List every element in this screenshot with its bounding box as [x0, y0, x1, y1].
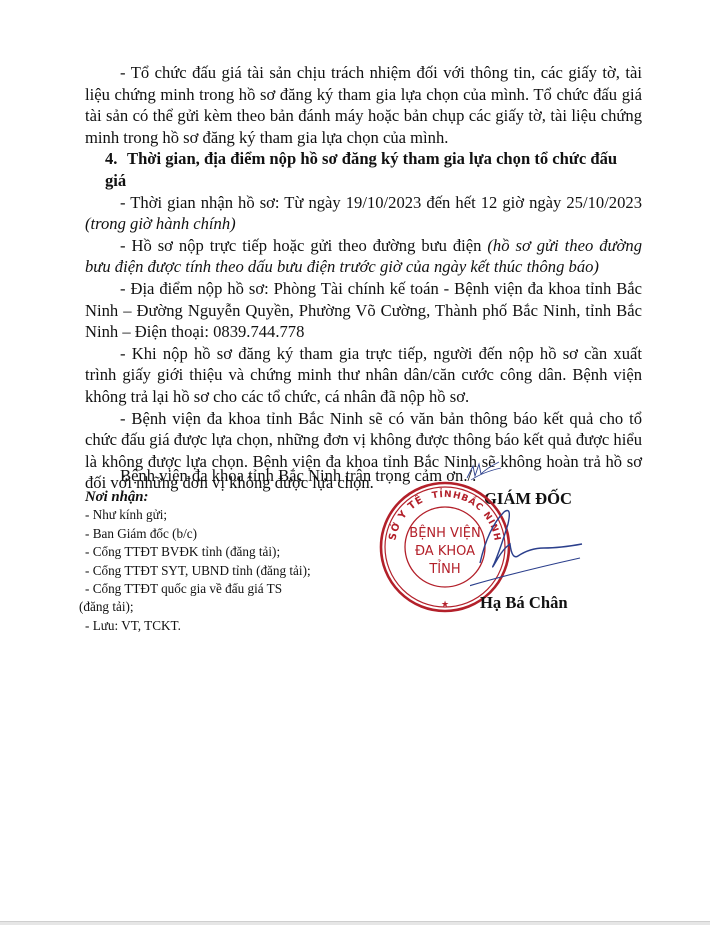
receive-time-text: - Thời gian nhận hồ sơ: Từ ngày 19/10/20…: [120, 193, 642, 212]
paragraph-in-person: - Khi nộp hồ sơ đăng ký tham gia trực ti…: [85, 343, 642, 408]
recipient-item: - Ban Giám đốc (b/c): [85, 525, 311, 543]
recipient-item: - Cổng TTĐT BVĐK tỉnh (đăng tải);: [85, 543, 311, 561]
section-number: 4.: [105, 148, 127, 170]
recipients-block: Nơi nhận: - Như kính gửi; - Ban Giám đốc…: [79, 488, 311, 635]
recipient-item: - Cổng TTĐT quốc gia về đấu giá TS: [85, 580, 311, 598]
recipients-title: Nơi nhận:: [85, 488, 311, 506]
paragraph-responsibility: - Tổ chức đấu giá tài sản chịu trách nhi…: [85, 62, 642, 148]
paragraph-submission-method: - Hồ sơ nộp trực tiếp hoặc gửi theo đườn…: [85, 235, 642, 278]
paragraph-receive-time: - Thời gian nhận hồ sơ: Từ ngày 19/10/20…: [85, 192, 642, 235]
svg-text:TỈNH: TỈNH: [431, 488, 462, 502]
document-page: - Tổ chức đấu giá tài sản chịu trách nhi…: [0, 0, 710, 921]
stamp-ring-top: TỈNH: [431, 488, 462, 502]
stamp-line-2: ĐA KHOA: [415, 544, 475, 559]
recipient-item: - Lưu: VT, TCKT.: [85, 617, 311, 635]
page-bottom-edge: [0, 921, 710, 925]
section-title: Thời gian, địa điểm nộp hồ sơ đăng ký th…: [105, 149, 617, 190]
receive-time-note: (trong giờ hành chính): [85, 214, 236, 233]
stamp-line-3: TỈNH: [428, 560, 460, 577]
recipient-item: - Như kính gửi;: [85, 506, 311, 524]
document-body: - Tổ chức đấu giá tài sản chịu trách nhi…: [85, 62, 642, 494]
svg-text:★: ★: [441, 599, 449, 609]
recipient-item: - Cổng TTĐT SYT, UBND tỉnh (đăng tải);: [85, 562, 311, 580]
recipient-item: (đăng tải);: [79, 598, 311, 616]
section-heading-4: 4.Thời gian, địa điểm nộp hồ sơ đăng ký …: [85, 148, 642, 191]
paragraph-location: - Địa điểm nộp hồ sơ: Phòng Tài chính kế…: [85, 278, 642, 343]
submission-method-text: - Hồ sơ nộp trực tiếp hoặc gửi theo đườn…: [120, 236, 487, 255]
signer-name: Hạ Bá Chân: [480, 593, 568, 613]
